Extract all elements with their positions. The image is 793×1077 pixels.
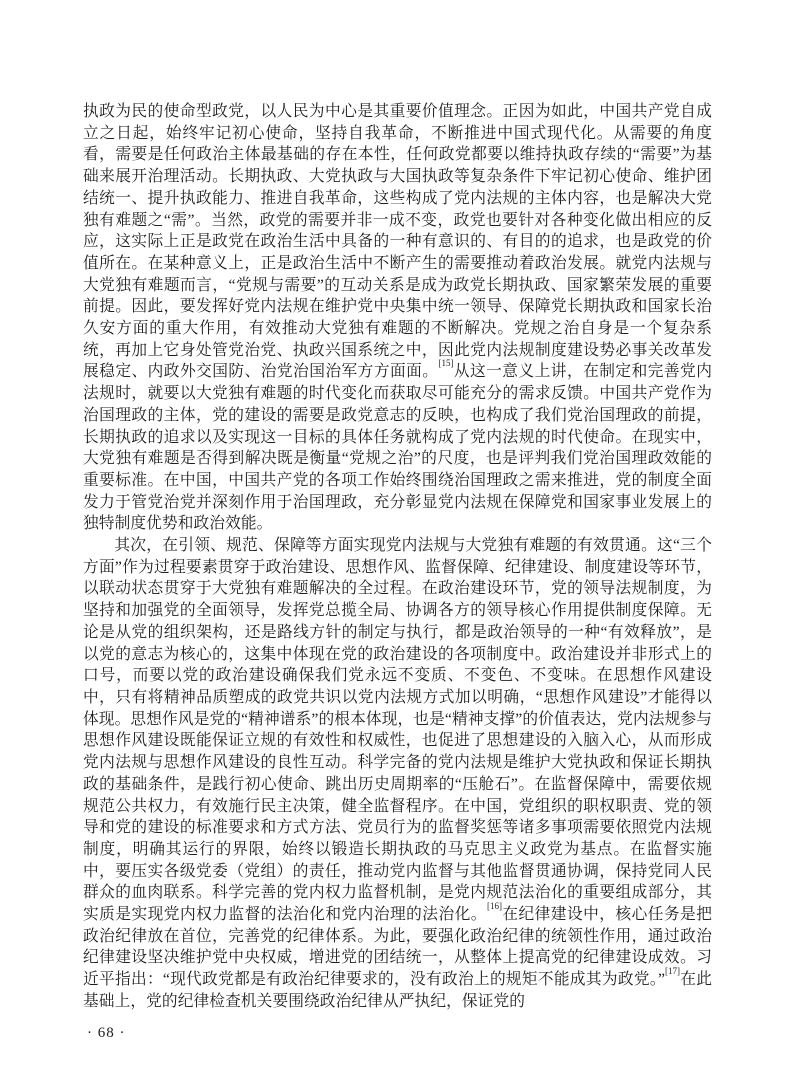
text-segment: 执政为民的使命型政党，以人民为中心是其重要价值理念。正因为如此，中国共产党自成立…: [83, 103, 712, 380]
paragraph-1: 执政为民的使命型政党，以人民为中心是其重要价值理念。正因为如此，中国共产党自成立…: [83, 101, 712, 535]
document-page: 执政为民的使命型政党，以人民为中心是其重要价值理念。正因为如此，中国共产党自成立…: [0, 0, 793, 1077]
footnote-ref: [16]: [487, 901, 502, 911]
page-number: · 68 ·: [87, 1025, 126, 1042]
footnote-ref: [15]: [438, 358, 453, 368]
article-body: 执政为民的使命型政党，以人民为中心是其重要价值理念。正因为如此，中国共产党自成立…: [83, 101, 712, 1013]
paragraph-2: 其次，在引领、规范、保障等方面实现党内法规与大党独有难题的有效贯通。这“三个方面…: [83, 535, 712, 1012]
text-segment: 其次，在引领、规范、保障等方面实现党内法规与大党独有难题的有效贯通。这“三个方面…: [83, 537, 712, 923]
footnote-ref: [17]: [665, 966, 680, 976]
text-segment: 从这一意义上讲，在制定和完善党内法规时，就要以大党独有难题的时代变化而获取尽可能…: [83, 363, 712, 532]
